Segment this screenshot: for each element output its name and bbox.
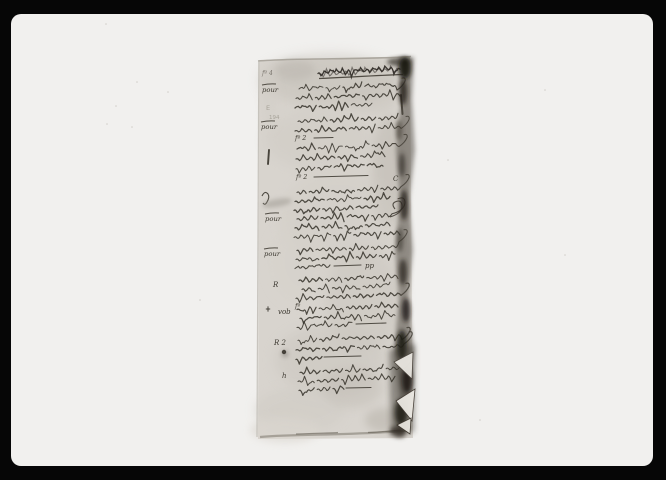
folio-reference: fº 2	[294, 135, 306, 142]
edge-stain-spot	[396, 120, 402, 140]
dust-speck	[105, 23, 107, 25]
edge-stain-spot	[397, 228, 403, 252]
stain	[250, 417, 320, 443]
archival-photo: fº 4E194pourpourfº 2fº 2CpourpourppRfºvo…	[0, 0, 666, 480]
dust-speck	[136, 81, 138, 83]
stain	[270, 222, 330, 302]
dust-speck	[115, 105, 117, 107]
dust-speck	[564, 254, 566, 256]
margin-letter: h	[282, 372, 287, 380]
edge-stain-spot	[400, 190, 408, 220]
dust-speck	[106, 123, 108, 125]
margin-letter: R	[272, 281, 279, 289]
margin-letter: vob	[278, 308, 291, 316]
dust-speck	[199, 299, 201, 301]
edge-stain-spot	[399, 57, 411, 79]
margin-letter: R 2	[273, 339, 286, 347]
ink-blot-halo	[282, 351, 289, 358]
margin-stroke	[268, 150, 269, 164]
folio-reference: fº 2	[295, 174, 307, 181]
margin-word: pour	[264, 250, 281, 258]
margin-word: pour	[262, 86, 279, 94]
photo-canvas: fº 4E194pourpourfº 2fº 2CpourpourppRfºvo…	[0, 0, 666, 480]
dust-speck	[544, 89, 546, 91]
dust-speck	[167, 91, 169, 93]
right-margin-note: pp	[365, 262, 374, 270]
dust-speck	[479, 419, 481, 421]
stain	[275, 60, 315, 80]
tally-dash	[314, 138, 333, 139]
dust-speck	[131, 126, 133, 128]
edge-stain-spot	[399, 79, 407, 105]
pencil-mark: 194	[269, 115, 280, 121]
edge-stain-spot	[399, 259, 407, 285]
stain	[265, 110, 375, 170]
margin-word: pour	[261, 123, 278, 131]
folio-note: fº 4	[261, 70, 273, 77]
dust-speck	[447, 159, 449, 161]
edge-stain-spot	[402, 298, 410, 322]
pencil-mark: E	[266, 104, 270, 112]
edge-stain-spot	[399, 153, 405, 177]
margin-word: pour	[265, 215, 282, 223]
tally-dash	[346, 388, 371, 389]
